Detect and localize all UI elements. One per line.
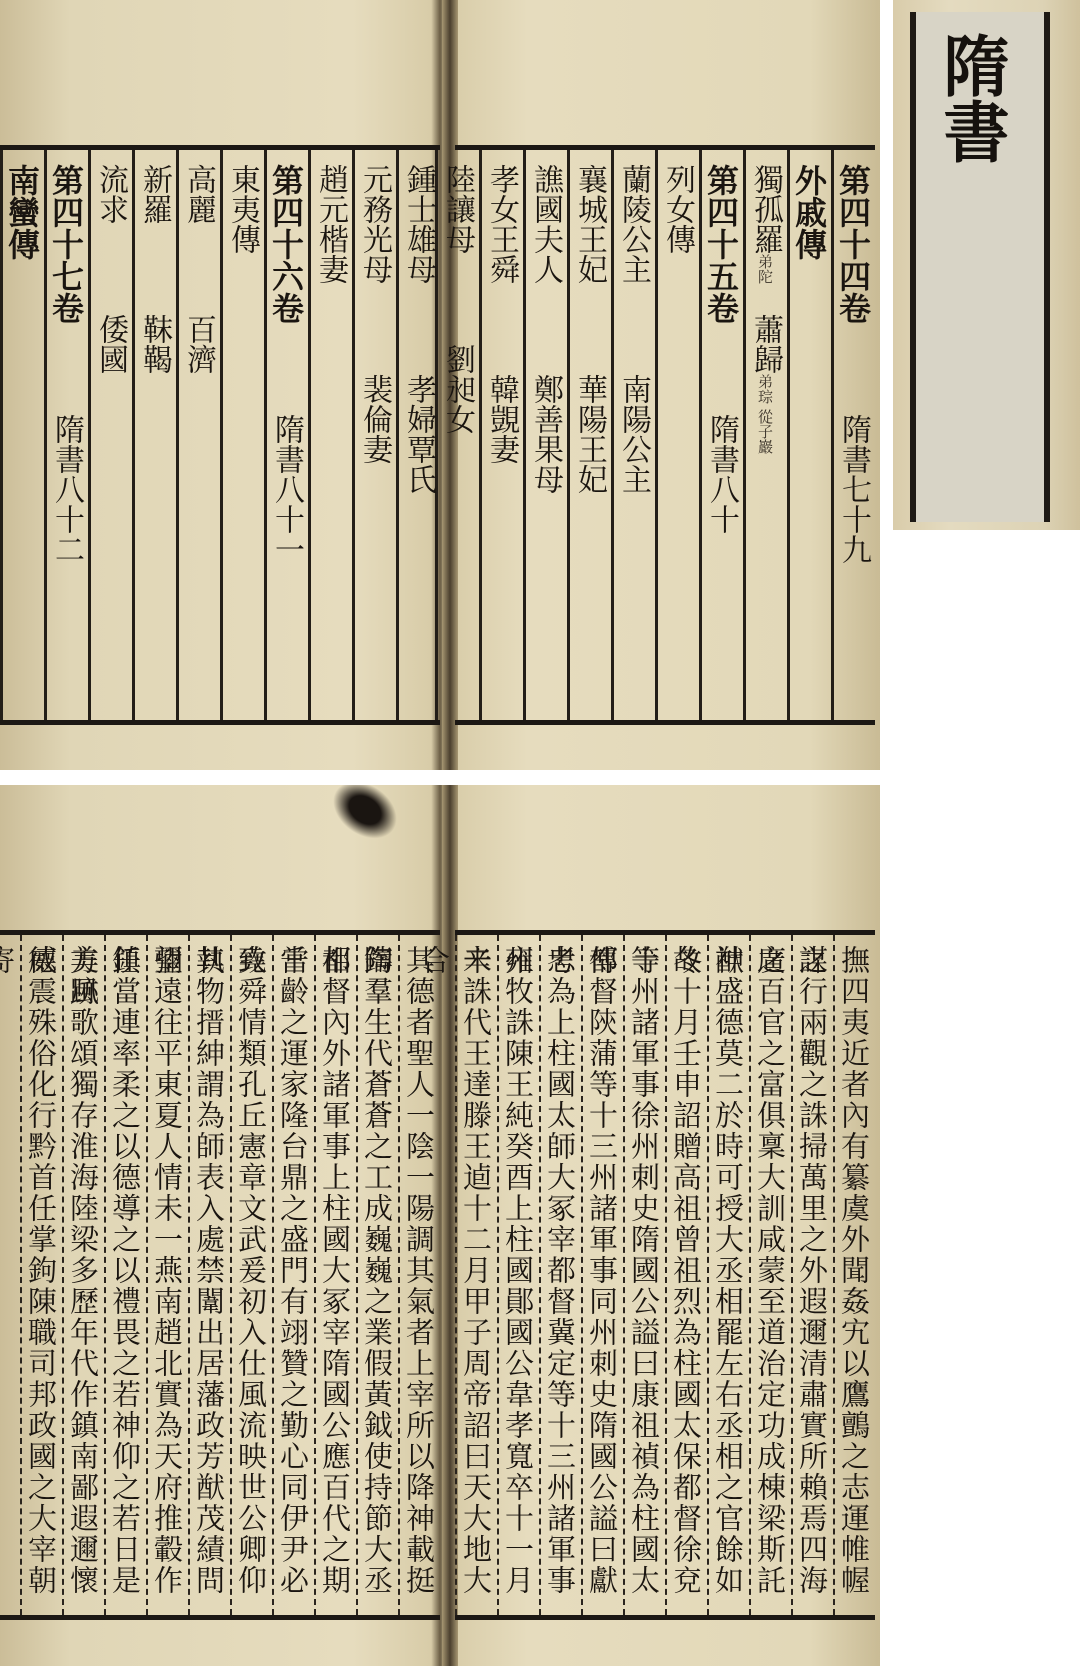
toc-column: 第四十六卷隋書八十一 — [264, 150, 308, 720]
toc-column: 新羅靺鞨 — [132, 150, 176, 720]
toc-column: 流求倭國 — [88, 150, 132, 720]
text-left-page: 其德者聖人一陰一陽調其氣者上宰所以降神載挺陶 鑄羣生代蒼蒼之工成巍巍之業假黃鉞使… — [0, 930, 440, 1620]
text-column: 猷盛德莫二於時可授大丞相罷左右丞相之官餘如故 — [707, 935, 749, 1615]
toc-column: 南蠻傳 — [0, 150, 44, 720]
toc-column: 列女傳 — [655, 150, 699, 720]
text-column: 任當連率柔之以德導之以禮畏之若神仰之若日是方風 — [104, 935, 146, 1615]
text-column: 彌遠往平東夏人情未一燕南趙北實為天府推轂作鎮 — [146, 935, 188, 1615]
text-column: 堯舜情類孔丘憲章文武爰初入仕風流映世公卿仰其 — [230, 935, 272, 1615]
bottom-book-spread: 撫四夷近者內有纂虞外聞姦宄以鷹鸇之志運帷幄之 謀行兩觀之誅掃萬里之外遐邇清肅實所… — [0, 785, 880, 1666]
text-column: 鑄羣生代蒼蒼之工成巍巍之業假黃鉞使持節大丞相 — [356, 935, 398, 1615]
toc-column: 第四十七卷隋書八十二 — [44, 150, 88, 720]
toc-column: 鍾士雄母孝婦覃氏 — [396, 150, 440, 720]
toc-column: 孝女王舜韓覬妻 — [479, 150, 523, 720]
toc-column: 元務光母裴倫妻 — [352, 150, 396, 720]
text-column: 謀行兩觀之誅掃萬里之外遐邇清肅實所賴焉四海之 — [791, 935, 833, 1615]
toc-column: 外戚傳 — [787, 150, 831, 720]
text-column: 執物搢紳謂為師表入處禁闈出居藩政芳猷茂績問望 — [188, 935, 230, 1615]
toc-column: 蘭陵公主南陽公主 — [611, 150, 655, 720]
text-column: 都督內外諸軍事上柱國大冢宰隋國公應百代之期當 — [314, 935, 356, 1615]
text-column: 十州諸軍事徐州刺史隋國公謚曰康祖禎為柱國太傅 — [623, 935, 665, 1615]
toc-column: 襄城王妃華陽王妃 — [567, 150, 611, 720]
toc-right-page: 第四十四卷隋書七十九 外戚傳 獨孤羅弟陀 蕭歸弟琮 從子巖 第四十五卷隋書八十 … — [455, 145, 875, 725]
text-column: 千齡之運家隆台鼎之盛門有翊贊之勤心同伊尹必致 — [272, 935, 314, 1615]
text-column: 廣百官之富俱稟大訓咸蒙至道治定功成棟梁斯託神 — [749, 935, 791, 1615]
text-column: 其德者聖人一陰一陽調其氣者上宰所以降神載挺陶 — [398, 935, 440, 1615]
ink-stain — [322, 785, 408, 851]
toc-column: 第四十四卷隋書七十九 — [831, 150, 875, 720]
toc-column: 東夷傳 — [220, 150, 264, 720]
text-column: 未誅代王達滕王逌十二月甲子周帝詔曰天大地大合 — [455, 935, 497, 1615]
toc-column: 高麗百濟 — [176, 150, 220, 720]
text-right-page: 撫四夷近者內有纂虞外聞姦宄以鷹鸇之志運帷幄之 謀行兩觀之誅掃萬里之外遐邇清肅實所… — [455, 930, 875, 1620]
top-book-spread: 第四十四卷隋書七十九 外戚傳 獨孤羅弟陀 蕭歸弟琮 從子巖 第四十五卷隋書八十 … — [0, 0, 880, 770]
title-slip-photo: 隋書 — [893, 0, 1080, 530]
text-column: 冬十月壬申詔贈高祖曾祖烈為柱國太保都督徐兗等 — [665, 935, 707, 1615]
toc-left-page: 鍾士雄母孝婦覃氏 元務光母裴倫妻 趙元楷妻 第四十六卷隋書八十一 東夷傳 高麗百… — [0, 145, 440, 725]
toc-column: 趙元楷妻 — [308, 150, 352, 720]
text-column: 撫四夷近者內有纂虞外聞姦宄以鷹鸇之志運帷幄之 — [833, 935, 875, 1615]
text-column: 忠為上柱國太師大冢宰都督冀定等十三州諸軍事雍 — [539, 935, 581, 1615]
title-slip: 隋書 — [910, 12, 1050, 522]
text-column: 州牧誅陳王純癸酉上柱國鄖國公韋孝寬卒十一月辛 — [497, 935, 539, 1615]
toc-column: 譙國夫人鄭善果母 — [523, 150, 567, 720]
text-column: 美跡歌頌獨存淮海陸梁多歷年代作鎮南鄙遐邇懷德 — [62, 935, 104, 1615]
toc-column: 陸讓母劉昶女 — [435, 150, 479, 720]
toc-column: 獨孤羅弟陀 蕭歸弟琮 從子巖 — [743, 150, 787, 720]
toc-column: 第四十五卷隋書八十 — [699, 150, 743, 720]
text-column: 威震殊俗化行黔首任掌鉤陳職司邦政國之大宰朝寄 — [20, 935, 62, 1615]
book-title: 隋書 — [946, 32, 1016, 164]
text-column: 都督陝蒲等十三州諸軍事同州刺史隋國公謚曰獻考 — [581, 935, 623, 1615]
